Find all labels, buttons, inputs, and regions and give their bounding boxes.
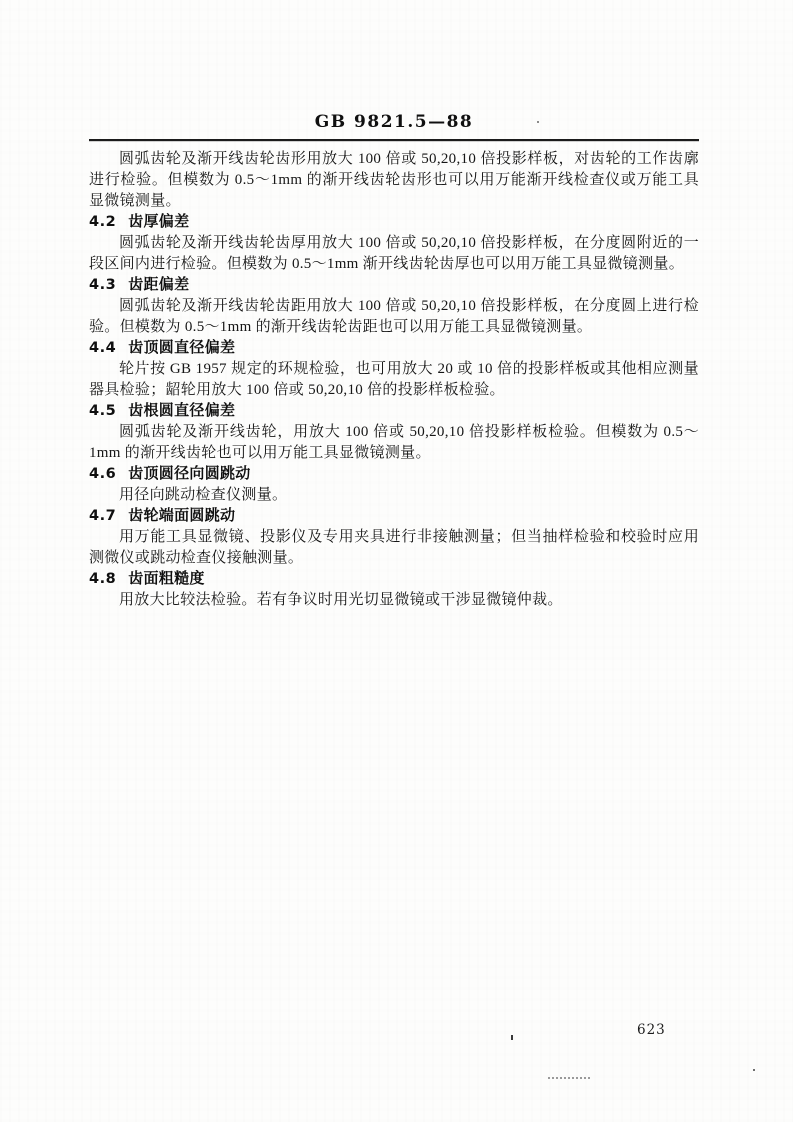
section-number: 4.4 [89, 338, 116, 359]
section-title: 齿轮端面圆跳动 [128, 508, 235, 524]
section-heading: 4.7齿轮端面圆跳动 [89, 506, 699, 527]
section-number: 4.3 [89, 275, 116, 296]
scan-speck-dashes [548, 1077, 590, 1079]
section-paragraph: 用放大比较法检验。若有争议时用光切显微镜或干涉显微镜仲裁。 [89, 590, 699, 611]
section-paragraph: 轮片按 GB 1957 规定的环规检验，也可用放大 20 或 10 倍的投影样板… [89, 359, 699, 401]
page-content: GB 9821.5—88 圆弧齿轮及渐开线齿轮齿形用放大 100 倍或 50,2… [89, 112, 699, 611]
document-section: 4.7齿轮端面圆跳动 用万能工具显微镜、投影仪及专用夹具进行非接触测量；但当抽样… [89, 506, 699, 569]
document-body: 圆弧齿轮及渐开线齿轮齿形用放大 100 倍或 50,20,10 倍投影样板，对齿… [89, 149, 699, 611]
section-paragraph: 用径向跳动检查仪测量。 [89, 485, 699, 506]
section-paragraph: 用万能工具显微镜、投影仪及专用夹具进行非接触测量；但当抽样检验和校验时应用测微仪… [89, 527, 699, 569]
section-heading: 4.5齿根圆直径偏差 [89, 401, 699, 422]
section-heading: 4.6齿顶圆径向圆跳动 [89, 464, 699, 485]
header-divider [89, 139, 699, 141]
intro-paragraph: 圆弧齿轮及渐开线齿轮齿形用放大 100 倍或 50,20,10 倍投影样板，对齿… [89, 149, 699, 212]
section-paragraph: 圆弧齿轮及渐开线齿轮，用放大 100 倍或 50,20,10 倍投影样板检验。但… [89, 422, 699, 464]
section-paragraph: 圆弧齿轮及渐开线齿轮齿距用放大 100 倍或 50,20,10 倍投影样板，在分… [89, 296, 699, 338]
document-section: 4.8齿面粗糙度 用放大比较法检验。若有争议时用光切显微镜或干涉显微镜仲裁。 [89, 569, 699, 611]
scan-speck [537, 121, 539, 123]
section-title: 齿厚偏差 [128, 214, 189, 230]
section-title: 齿顶圆径向圆跳动 [128, 466, 250, 482]
section-title: 齿面粗糙度 [128, 571, 205, 587]
document-section: 4.5齿根圆直径偏差 圆弧齿轮及渐开线齿轮，用放大 100 倍或 50,20,1… [89, 401, 699, 464]
section-title: 齿顶圆直径偏差 [128, 340, 235, 356]
section-number: 4.6 [89, 464, 116, 485]
page-number: 623 [637, 1022, 666, 1038]
sections-container: 4.2齿厚偏差 圆弧齿轮及渐开线齿轮齿厚用放大 100 倍或 50,20,10 … [89, 212, 699, 611]
section-title: 齿距偏差 [128, 277, 189, 293]
section-heading: 4.8齿面粗糙度 [89, 569, 699, 590]
section-number: 4.8 [89, 569, 116, 590]
section-number: 4.2 [89, 212, 116, 233]
document-section: 4.2齿厚偏差 圆弧齿轮及渐开线齿轮齿厚用放大 100 倍或 50,20,10 … [89, 212, 699, 275]
scanned-document-page: GB 9821.5—88 圆弧齿轮及渐开线齿轮齿形用放大 100 倍或 50,2… [0, 0, 793, 1122]
section-title: 齿根圆直径偏差 [128, 403, 235, 419]
section-heading: 4.4齿顶圆直径偏差 [89, 338, 699, 359]
document-section: 4.3齿距偏差 圆弧齿轮及渐开线齿轮齿距用放大 100 倍或 50,20,10 … [89, 275, 699, 338]
section-number: 4.5 [89, 401, 116, 422]
section-number: 4.7 [89, 506, 116, 527]
document-section: 4.6齿顶圆径向圆跳动 用径向跳动检查仪测量。 [89, 464, 699, 506]
standard-number-header: GB 9821.5—88 [89, 112, 699, 132]
section-heading: 4.2齿厚偏差 [89, 212, 699, 233]
scan-speck [753, 1069, 755, 1071]
section-paragraph: 圆弧齿轮及渐开线齿轮齿厚用放大 100 倍或 50,20,10 倍投影样板，在分… [89, 233, 699, 275]
section-heading: 4.3齿距偏差 [89, 275, 699, 296]
document-section: 4.4齿顶圆直径偏差 轮片按 GB 1957 规定的环规检验，也可用放大 20 … [89, 338, 699, 401]
scan-speck [511, 1035, 513, 1040]
